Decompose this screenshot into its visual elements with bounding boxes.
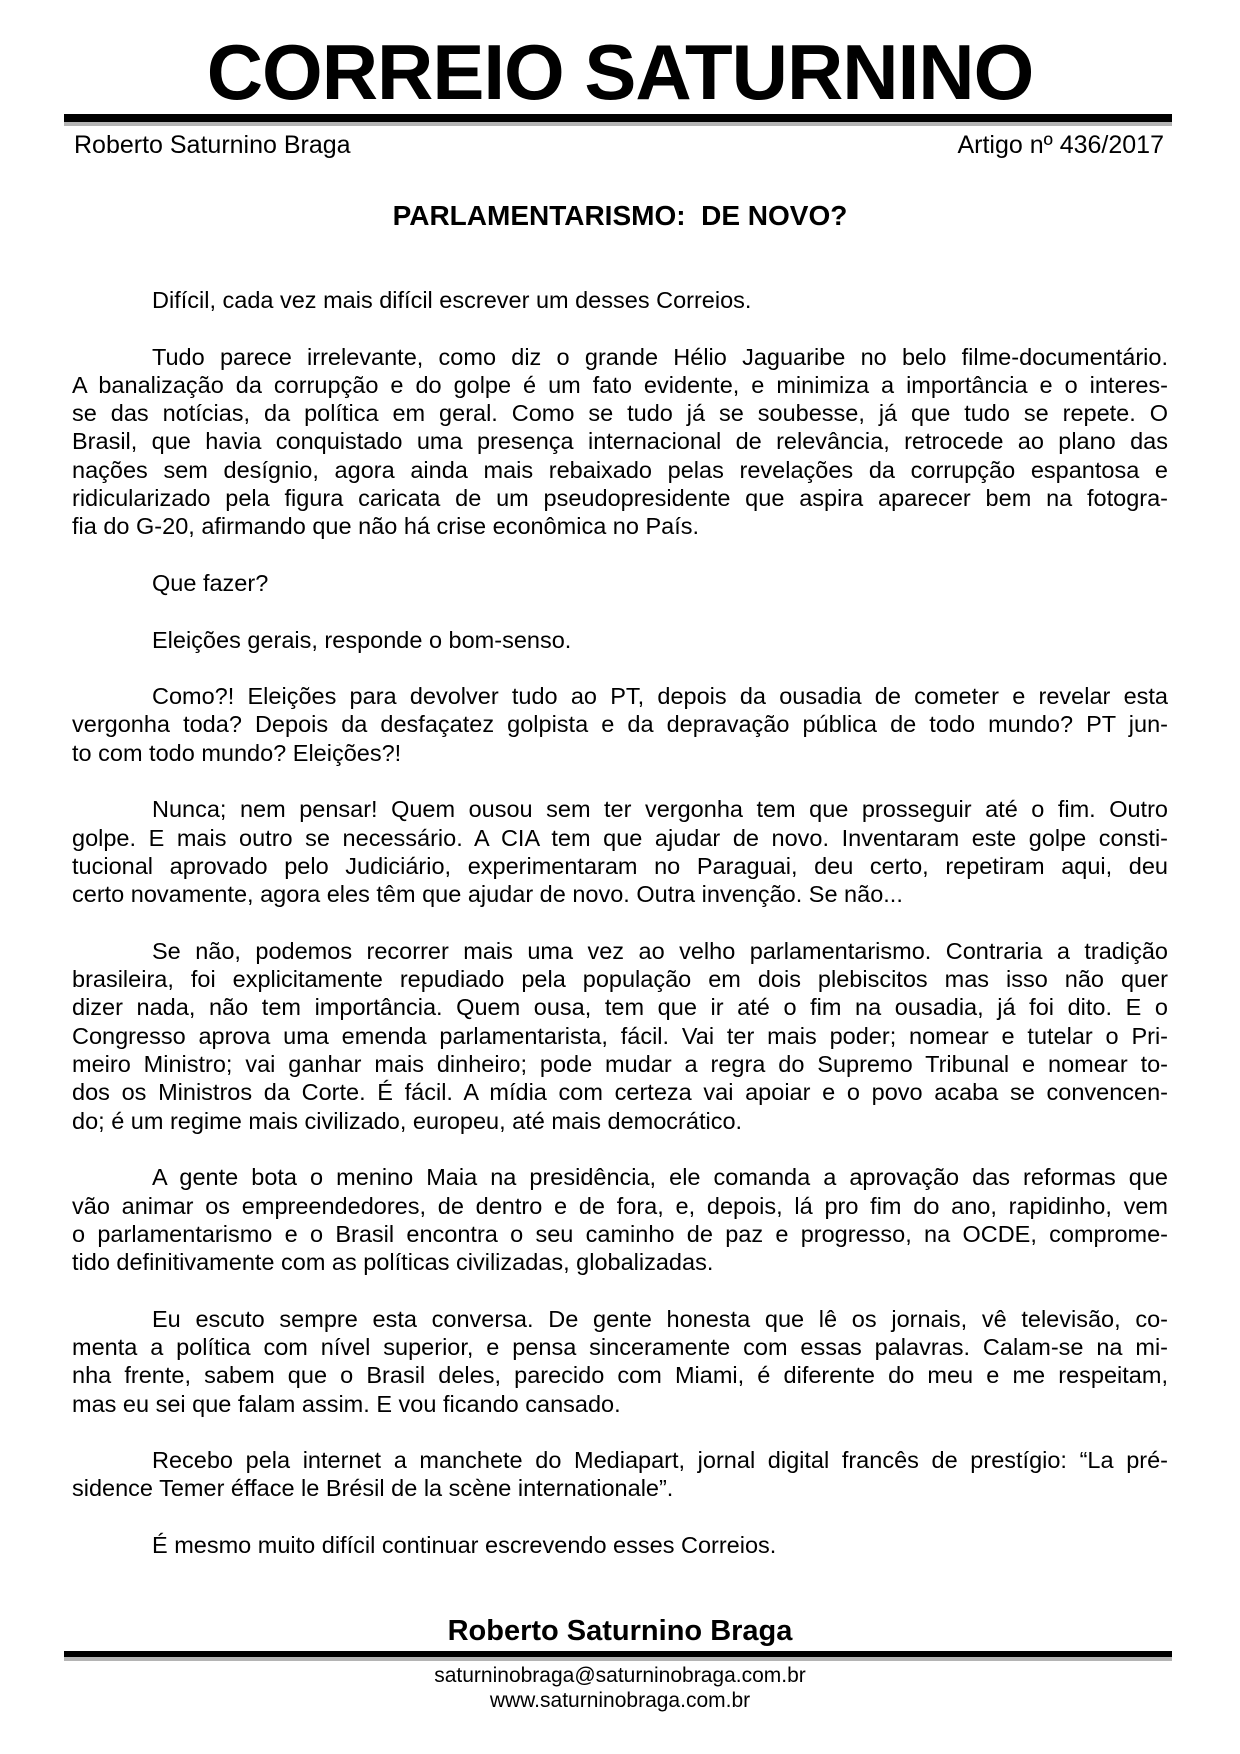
text-line: certo novamente, agora eles têm que ajud…: [72, 880, 1168, 908]
article-number: Artigo nº 436/2017: [957, 131, 1164, 159]
text-line: Nunca; nem pensar! Quem ousou sem ter ve…: [72, 795, 1168, 823]
footer-email: saturninobraga@saturninobraga.com.br: [0, 1664, 1240, 1687]
text-line: dizer nada, não tem importância. Quem ou…: [72, 993, 1168, 1021]
text-line: A banalização da corrupção e do golpe é …: [72, 371, 1168, 399]
text-line: tucional aprovado pelo Judiciário, exper…: [72, 852, 1168, 880]
paragraph: Recebo pela internet a manchete do Media…: [72, 1446, 1168, 1503]
text-line: É mesmo muito difícil continuar escreven…: [72, 1531, 1168, 1559]
footer-rule: [64, 1651, 1172, 1661]
paragraph: É mesmo muito difícil continuar escreven…: [72, 1531, 1168, 1559]
document-page: CORREIO SATURNINO Roberto Saturnino Brag…: [0, 0, 1240, 1754]
text-line: vergonha toda? Depois da desfaçatez golp…: [72, 710, 1168, 738]
text-line: tido definitivamente com as políticas ci…: [72, 1248, 1168, 1276]
masthead-title: CORREIO SATURNINO: [0, 30, 1240, 114]
text-line: mas eu sei que falam assim. E vou ficand…: [72, 1390, 1168, 1418]
paragraph: Como?! Eleições para devolver tudo ao PT…: [72, 682, 1168, 767]
text-line: Difícil, cada vez mais difícil escrever …: [72, 286, 1168, 314]
byline-row: Roberto Saturnino Braga Artigo nº 436/20…: [74, 131, 1164, 159]
paragraph: Tudo parece irrelevante, como diz o gran…: [72, 343, 1168, 541]
paragraph: Se não, podemos recorrer mais uma vez ao…: [72, 937, 1168, 1135]
text-line: nha frente, sabem que o Brasil deles, pa…: [72, 1361, 1168, 1389]
text-line: dos os Ministros da Corte. É fácil. A mí…: [72, 1078, 1168, 1106]
text-line: menta a política com nível superior, e p…: [72, 1333, 1168, 1361]
text-line: Congresso aprova uma emenda parlamentari…: [72, 1022, 1168, 1050]
text-line: sidence Temer éfface le Brésil de la scè…: [72, 1474, 1168, 1502]
text-line: brasileira, foi explicitamente repudiado…: [72, 965, 1168, 993]
text-line: Brasil, que havia conquistado uma presen…: [72, 427, 1168, 455]
paragraph: Nunca; nem pensar! Quem ousou sem ter ve…: [72, 795, 1168, 908]
text-line: do; é um regime mais civilizado, europeu…: [72, 1107, 1168, 1135]
text-line: A gente bota o menino Maia na presidênci…: [72, 1163, 1168, 1191]
text-line: Recebo pela internet a manchete do Media…: [72, 1446, 1168, 1474]
text-line: golpe. E mais outro se necessário. A CIA…: [72, 824, 1168, 852]
article-body: Difícil, cada vez mais difícil escrever …: [72, 286, 1168, 1559]
article-title: PARLAMENTARISMO: DE NOVO?: [0, 200, 1240, 232]
text-line: vão animar os empreendedores, de dentro …: [72, 1192, 1168, 1220]
text-line: Que fazer?: [72, 569, 1168, 597]
text-line: fia do G-20, afirmando que não há crise …: [72, 512, 1168, 540]
paragraph: Difícil, cada vez mais difícil escrever …: [72, 286, 1168, 314]
text-line: se das notícias, da política em geral. C…: [72, 399, 1168, 427]
paragraph: Eleições gerais, responde o bom-senso.: [72, 626, 1168, 654]
text-line: Se não, podemos recorrer mais uma vez ao…: [72, 937, 1168, 965]
paragraph: Eu escuto sempre esta conversa. De gente…: [72, 1305, 1168, 1418]
paragraph: A gente bota o menino Maia na presidênci…: [72, 1163, 1168, 1276]
text-line: Eu escuto sempre esta conversa. De gente…: [72, 1305, 1168, 1333]
text-line: Eleições gerais, responde o bom-senso.: [72, 626, 1168, 654]
text-line: nações sem desígnio, agora ainda mais re…: [72, 456, 1168, 484]
text-line: meiro Ministro; vai ganhar mais dinheiro…: [72, 1050, 1168, 1078]
text-line: Tudo parece irrelevante, como diz o gran…: [72, 343, 1168, 371]
text-line: to com todo mundo? Eleições?!: [72, 739, 1168, 767]
signature-name: Roberto Saturnino Braga: [0, 1614, 1240, 1648]
header-rule: [64, 114, 1172, 126]
text-line: ridicularizado pela figura caricata de u…: [72, 484, 1168, 512]
paragraph: Que fazer?: [72, 569, 1168, 597]
text-line: o parlamentarismo e o Brasil encontra o …: [72, 1220, 1168, 1248]
footer-website: www.saturninobraga.com.br: [0, 1689, 1240, 1712]
author-name: Roberto Saturnino Braga: [74, 131, 351, 159]
text-line: Como?! Eleições para devolver tudo ao PT…: [72, 682, 1168, 710]
